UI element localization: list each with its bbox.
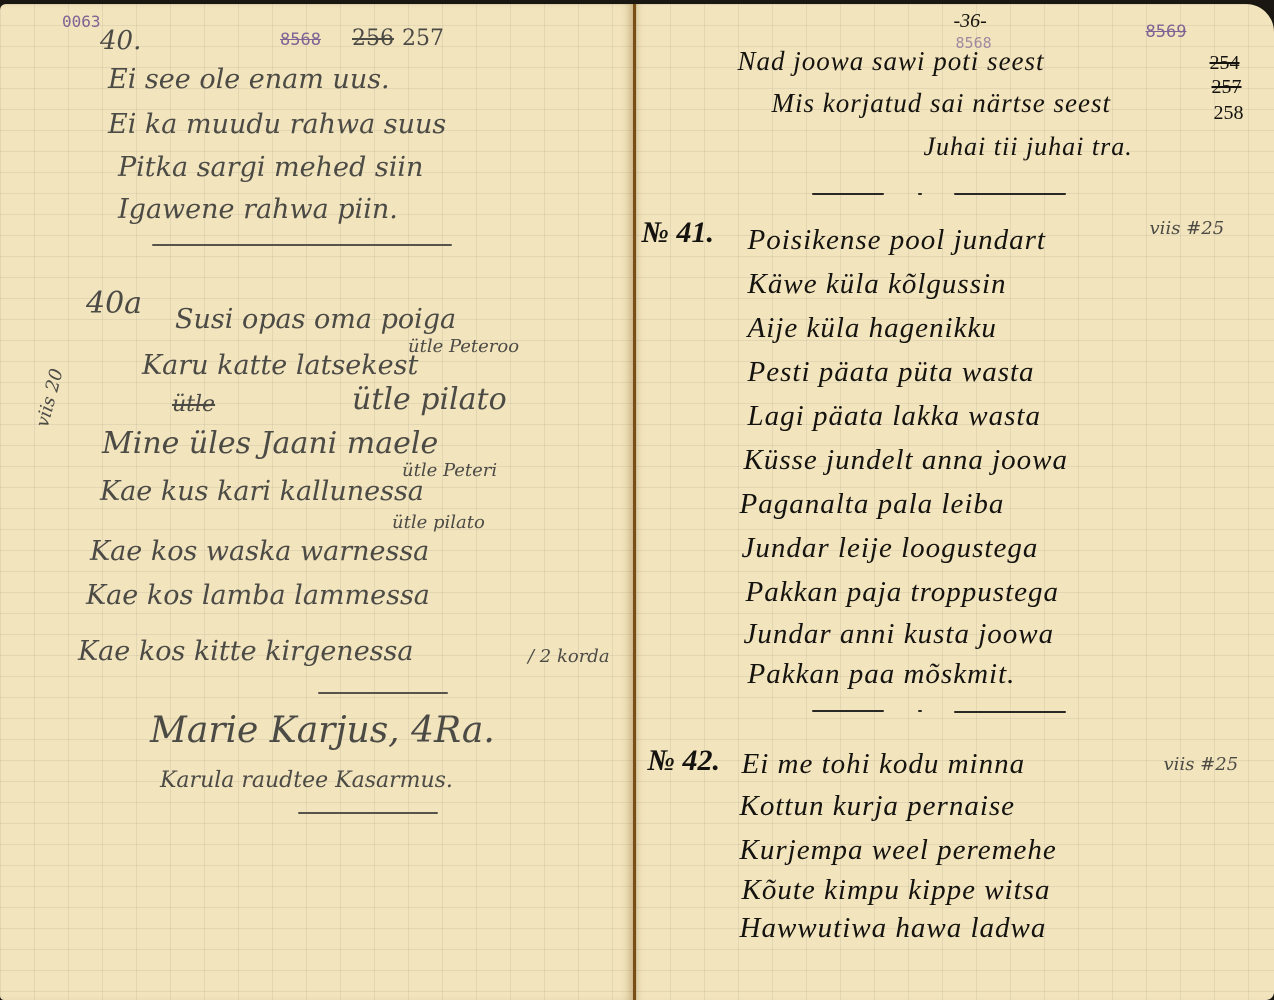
verse-line: Pakkan paja troppustega xyxy=(746,576,1060,609)
verse-line: Ei ka muudu rahwa suus xyxy=(108,109,446,140)
verse-line: Mis korjatud sai närtse seest xyxy=(772,88,1112,119)
verse-line: Küsse jundelt anna joowa xyxy=(744,444,1068,477)
collector-name: Marie Karjus, 4Ra. xyxy=(150,710,495,751)
verse-line: Igawene rahwa piin. xyxy=(118,194,398,225)
section-divider xyxy=(812,193,884,195)
struck-interlinear-note: ütle xyxy=(172,392,215,417)
left-page: 0063 40. 8568 256 257 Ei see ole enam uu… xyxy=(0,4,633,1000)
song-number: № 41. xyxy=(642,216,714,250)
verse-line: Nad joowa sawi poti seest xyxy=(738,46,1045,77)
verse-line: Paganalta pala leiba xyxy=(740,488,1005,521)
verse-line: Ei me tohi kodu minna xyxy=(742,748,1026,781)
interlinear-note: ütle pilato xyxy=(392,512,485,533)
notebook-spread: 0063 40. 8568 256 257 Ei see ole enam uu… xyxy=(0,4,1274,1000)
struck-margin-number: 254 xyxy=(1210,52,1240,75)
struck-margin-number: 257 xyxy=(1212,76,1242,99)
margin-number: 258 xyxy=(1214,102,1244,125)
section-divider xyxy=(152,244,452,246)
section-divider xyxy=(812,710,884,712)
section-divider-dot xyxy=(918,193,922,195)
struck-stamp-top-right: 8569 xyxy=(1146,22,1187,42)
archive-stamp: 0063 xyxy=(62,12,101,31)
verse-line: Lagi päata lakka wasta xyxy=(748,400,1041,433)
struck-stamp-page-number: 8568 xyxy=(280,30,321,50)
right-page: -36- 8568 8569 254 257 258 Nad joowa saw… xyxy=(636,4,1274,1000)
verse-line: Pakkan paa mõskmit. xyxy=(748,658,1016,691)
collector-place: Karula raudtee Kasarmus. xyxy=(160,768,453,793)
page-number: 257 xyxy=(402,26,444,51)
section-divider xyxy=(954,711,1066,713)
section-divider xyxy=(318,692,448,694)
verse-line: Aije küla hagenikku xyxy=(748,312,997,345)
verse-line: Kae kos waska warnessa xyxy=(90,536,429,567)
section-divider-dot xyxy=(918,710,922,712)
verse-line: Kae kos kitte kirgenessa xyxy=(78,636,413,667)
verse-line: Jundar anni kusta joowa xyxy=(744,618,1055,651)
verse-line: Karu katte latsekest xyxy=(142,350,418,381)
verse-line: Jundar leije loogustega xyxy=(742,532,1039,565)
verse-line: Hawwutiwa hawa ladwa xyxy=(740,912,1047,945)
verse-line: Kottun kurja pernaise xyxy=(740,790,1016,823)
verse-line: Käwe küla kõlgussin xyxy=(748,268,1007,301)
margin-note-melody: viis #25 xyxy=(1150,218,1225,239)
margin-note-melody: viis 20 xyxy=(32,366,68,429)
song-number: 40a xyxy=(86,286,142,321)
song-number: № 42. xyxy=(648,744,720,778)
page-number-top: -36- xyxy=(954,10,987,33)
song-number-top: 40. xyxy=(100,26,141,56)
struck-page-number: 256 xyxy=(352,26,394,51)
interlinear-note: ütle pilato xyxy=(352,382,507,417)
verse-line: Poisikense pool jundart xyxy=(748,224,1046,257)
verse-line: Juhai tii juhai tra. xyxy=(924,132,1133,162)
verse-line: Mine üles Jaani maele xyxy=(102,426,438,461)
margin-note-melody: viis #25 xyxy=(1164,754,1239,775)
verse-line: Pitka sargi mehed siin xyxy=(118,152,423,183)
verse-line: Kae kus kari kallunessa xyxy=(100,476,424,507)
interlinear-note: ütle Peteroo xyxy=(408,336,519,357)
verse-line: Pesti päata püta wasta xyxy=(748,356,1035,389)
section-divider xyxy=(298,812,438,814)
verse-line: Ei see ole enam uus. xyxy=(108,64,390,95)
section-divider xyxy=(954,193,1066,195)
verse-line: Kae kos lamba lammessa xyxy=(86,580,430,611)
verse-line: Kurjempa weel peremehe xyxy=(740,834,1057,867)
verse-line: Susi opas oma poiga xyxy=(175,304,456,335)
verse-line: Kõute kimpu kippe witsa xyxy=(742,874,1051,907)
repeat-note: / 2 korda xyxy=(528,646,610,667)
